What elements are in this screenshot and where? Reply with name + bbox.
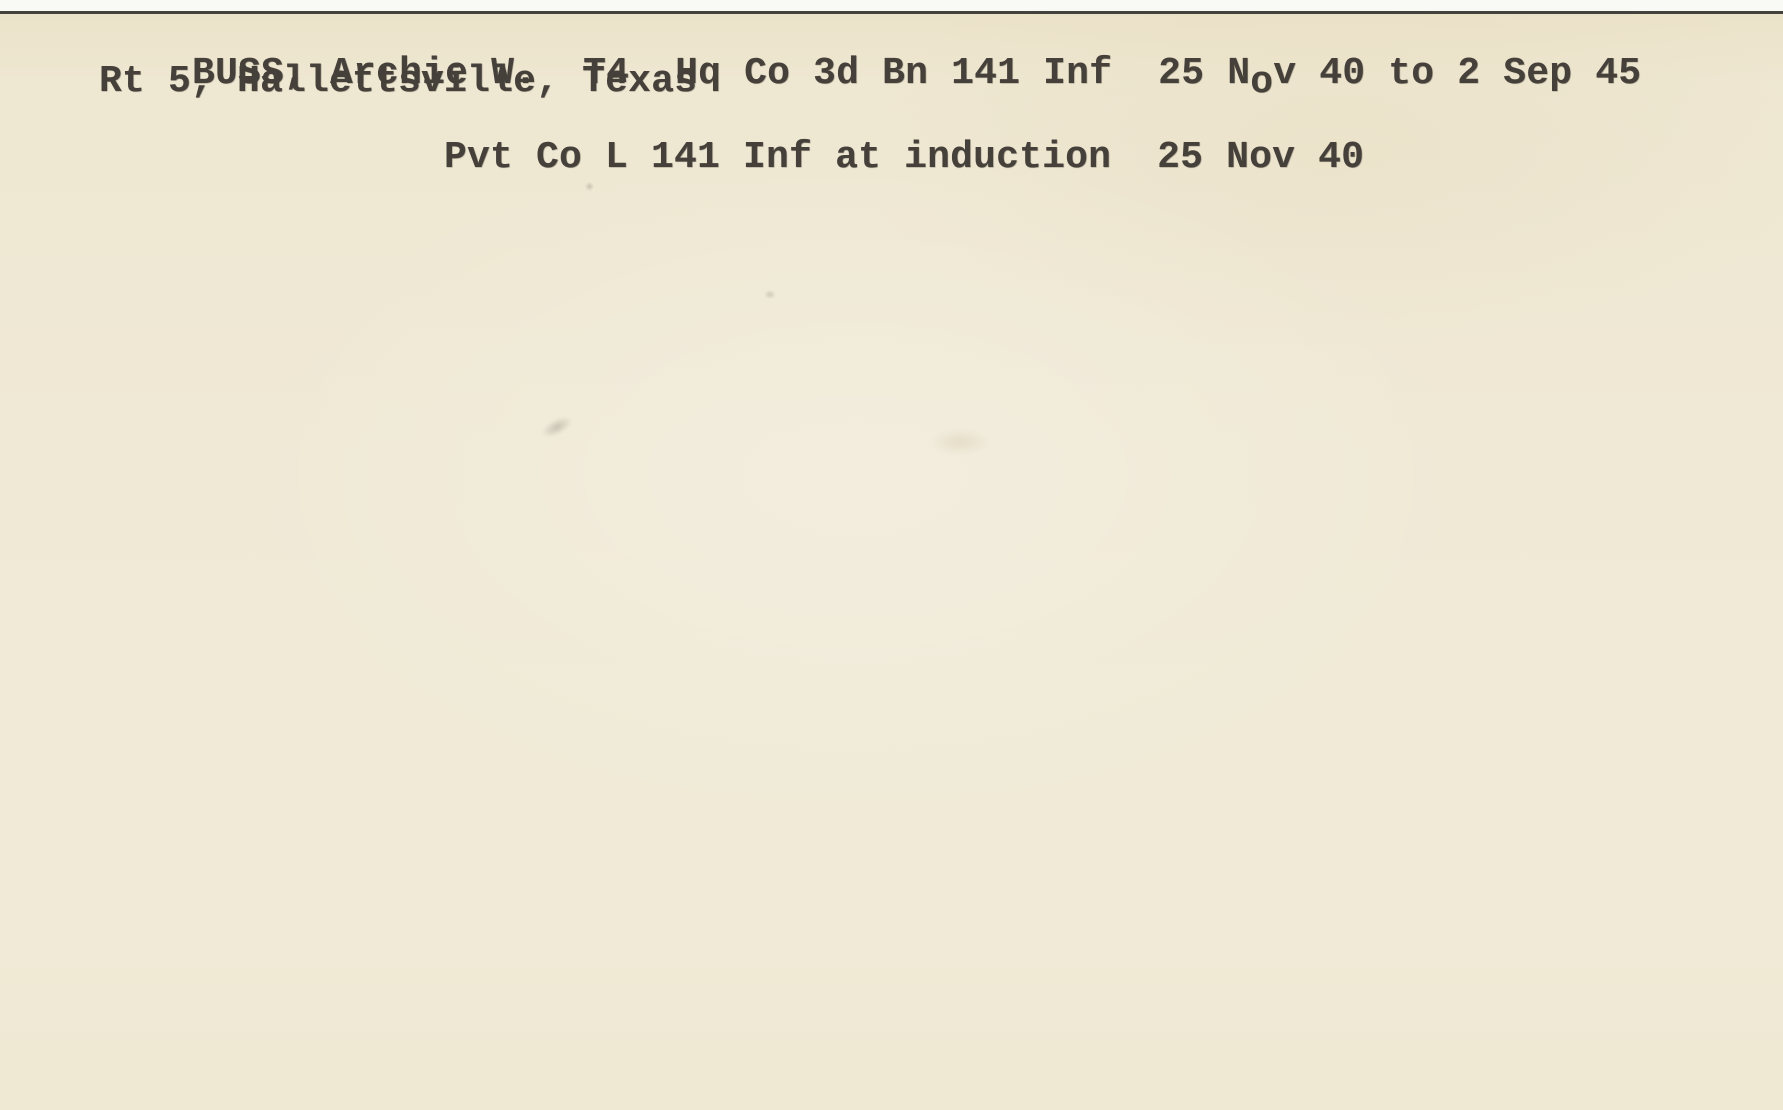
service-summary-text-end: v 40 to 2 Sep 45 [1273, 52, 1641, 95]
induction-rank-line: Pvt Co L 141 Inf at induction 25 Nov 40 [444, 139, 1364, 177]
subscript-letter-o: o [1250, 64, 1273, 102]
pencil-smudge [538, 412, 576, 442]
scanned-index-card: BUSS, Archie W. T4 Hq Co 3d Bn 141 Inf 2… [0, 0, 1783, 1110]
ink-dot [585, 182, 594, 191]
index-card-paper: BUSS, Archie W. T4 Hq Co 3d Bn 141 Inf 2… [0, 14, 1783, 1110]
home-address-line: Rt 5, Hallettsville, Texas [99, 63, 697, 101]
paper-speck [764, 290, 776, 299]
scanner-background-strip [0, 0, 1783, 11]
paper-shading [930, 429, 990, 455]
